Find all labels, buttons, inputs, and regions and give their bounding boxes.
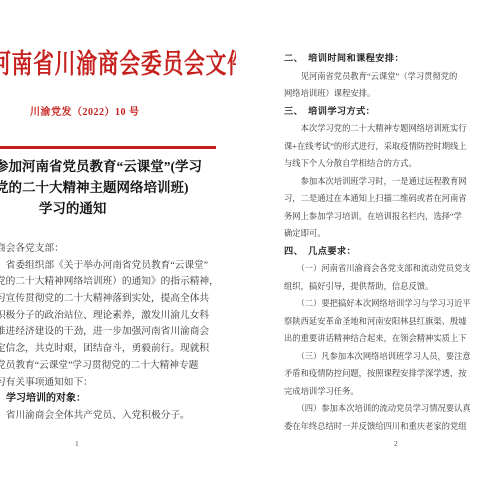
page-2-body: 二、 培训时间和课程安排： 见河南省党员教育“云课堂”（学习贯彻党的网络培训班）…	[284, 50, 480, 435]
body-text-line: 察陕西延安革命圣地和河南安阳林县红旗渠、殷墟	[284, 313, 480, 331]
body-text-line: 出的重要讲话精神结合起来，在领会精神实质上下	[284, 330, 480, 348]
body-text-line: 见河南省党员教育“云课堂”（学习贯彻党的	[284, 68, 480, 86]
document-header-title: 河南省川渝商会委员会文件	[0, 42, 236, 81]
body-text-line: 商会各党支部：	[0, 241, 236, 258]
page-1: 河南省川渝商会委员会文件 川渝党发（2022）10 号 参加河南省党员教育“云课…	[0, 0, 236, 480]
body-text-line: 积极分子的政治站位、理论素养，激发川渝儿女科	[0, 308, 236, 325]
notice-title-line: 党的二十大精神主题网络培训班)	[0, 177, 235, 198]
body-text-line: 确定即可。	[284, 225, 480, 243]
body-text-line: （二）要把搞好本次网络培训学习与学习习近平	[284, 295, 480, 313]
body-text-line: 与线下个人分散自学相结合的方式。	[284, 155, 480, 173]
body-text-line: 委在年终总结时一并反馈给四川和重庆老家的党组	[284, 418, 480, 436]
body-text-line: （三）凡参加本次网络培训班学习人员，要注意	[284, 348, 480, 366]
heading-line: 二、 培训时间和课程安排：	[284, 50, 480, 68]
body-text-line: 组织，搞好引导，提供帮助，信息反馈。	[284, 278, 480, 296]
notice-title-line: 参加河南省党员教育“云课堂”(学习	[0, 156, 235, 177]
page-number-2: 2	[394, 439, 398, 448]
body-text-line: 本次学习党的二十大精神专题网络培训班实行	[284, 120, 480, 138]
document-number: 川渝党发（2022）10 号	[30, 103, 140, 118]
body-text-line: （一）河南省川渝商会各党支部和流动党员党支	[284, 260, 480, 278]
body-text-line: 矛盾和疫情防控问题，按照课程安排学深学透，按	[284, 365, 480, 383]
body-text-line: 习，二是通过在本通知上扫描二维码或者在河南省	[284, 190, 480, 208]
document-scan: { "left_page": { "header_title": "河南省川渝商…	[0, 0, 480, 480]
body-text-line: 党员教育“云课堂”学习贯彻党的二十大精神专题	[0, 358, 236, 375]
page-number-1: 1	[75, 439, 79, 448]
notice-title-line: 学习的通知	[0, 198, 235, 219]
body-text-line: 务网上参加学习培训。在培训报名栏内，选择“学	[284, 208, 480, 226]
heading-line: 四、 几点要求：	[284, 243, 480, 261]
body-text-line: （四）参加本次培训的流动党员学习情况要认真	[284, 400, 480, 418]
page-2: 二、 培训时间和课程安排： 见河南省党员教育“云课堂”（学习贯彻党的网络培训班）…	[262, 0, 480, 480]
body-text-line: 习宣传贯彻党的二十大精神落到实处，提高全体共	[0, 291, 236, 308]
page-1-body: 商会各党支部： 省委组织部《关于举办河南省党员教育“云课堂”党的二十大精神网络培…	[0, 241, 236, 425]
heading-line: 三、 培训学习方式：	[284, 103, 480, 121]
body-text-line: 网络培训班）课程安排。	[284, 85, 480, 103]
red-divider-line	[0, 146, 216, 149]
body-text-line: 习有关事项通知如下：	[0, 375, 236, 392]
body-text-line: 参加本次培训班学习时，一是通过远程教育网	[284, 173, 480, 191]
body-text-line: 定信念，共克时艰，团结奋斗，勇毅前行。现就积	[0, 341, 236, 358]
notice-title: 参加河南省党员教育“云课堂”(学习党的二十大精神主题网络培训班) 学习的通知	[0, 156, 235, 219]
body-text-line: 推进经济建设的干劲，进一步加强河南省川渝商会	[0, 324, 236, 341]
body-text-line: 省川渝商会全体共产党员、入党积极分子。	[0, 408, 236, 425]
body-text-line: 完成培训学习任务。	[284, 383, 480, 401]
body-text-line: 课+在线考试”的形式进行，采取疫情防控时期线上	[284, 138, 480, 156]
heading-line: 学习培训的对象：	[0, 391, 236, 408]
body-text-line: 党的二十大精神网络培训班）的通知》的指示精神，	[0, 274, 236, 291]
body-text-line: 省委组织部《关于举办河南省党员教育“云课堂”	[0, 258, 236, 275]
